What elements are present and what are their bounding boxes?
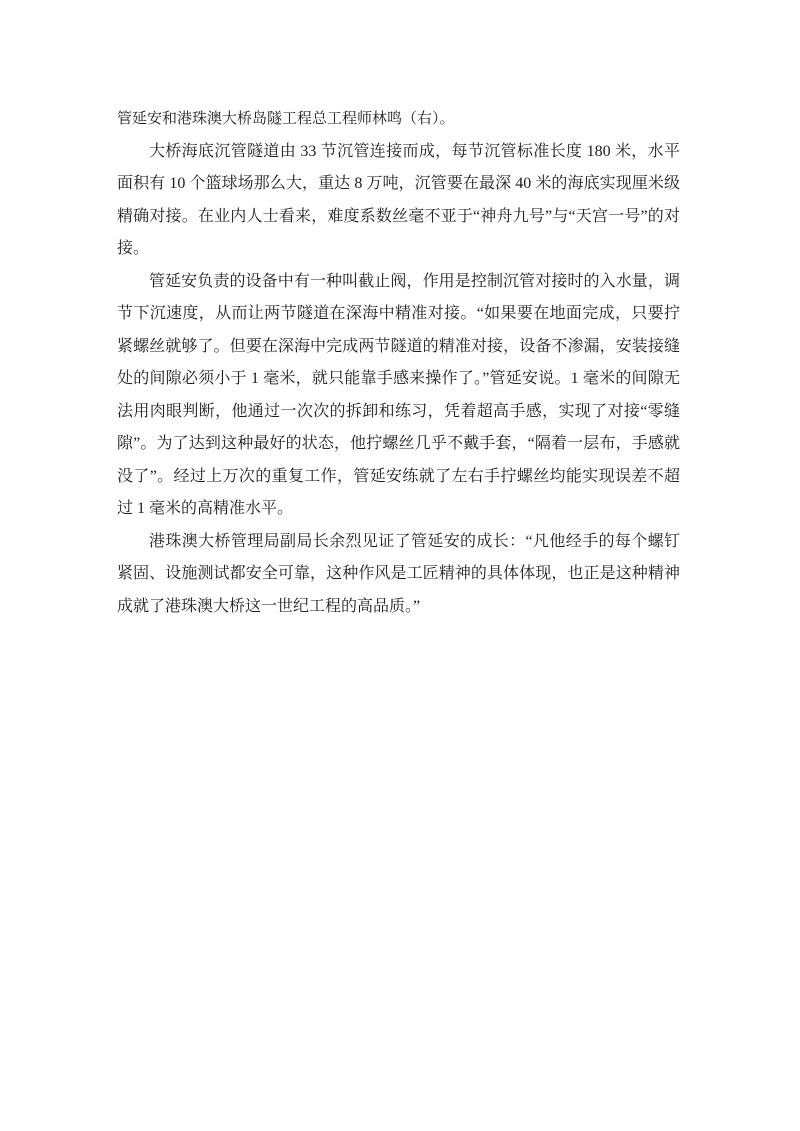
image-caption: 管延安和港珠澳大桥岛隧工程总工程师林鸣（右）。	[117, 103, 680, 136]
paragraph-valve-precision: 管延安负责的设备中有一种叫截止阀，作用是控制沉管对接时的入水量，调节下沉速度，从…	[117, 266, 680, 526]
paragraph-deputy-director-quote: 港珠澳大桥管理局副局长余烈见证了管延安的成长：“凡他经手的每个螺钉紧固、设施测试…	[117, 526, 680, 624]
document-content: 管延安和港珠澳大桥岛隧工程总工程师林鸣（右）。 大桥海底沉管隧道由 33 节沉管…	[117, 103, 680, 623]
paragraph-bridge-tunnel: 大桥海底沉管隧道由 33 节沉管连接而成，每节沉管标准长度 180 米，水平面积…	[117, 136, 680, 266]
document-page: 管延安和港珠澳大桥岛隧工程总工程师林鸣（右）。 大桥海底沉管隧道由 33 节沉管…	[0, 0, 800, 1131]
